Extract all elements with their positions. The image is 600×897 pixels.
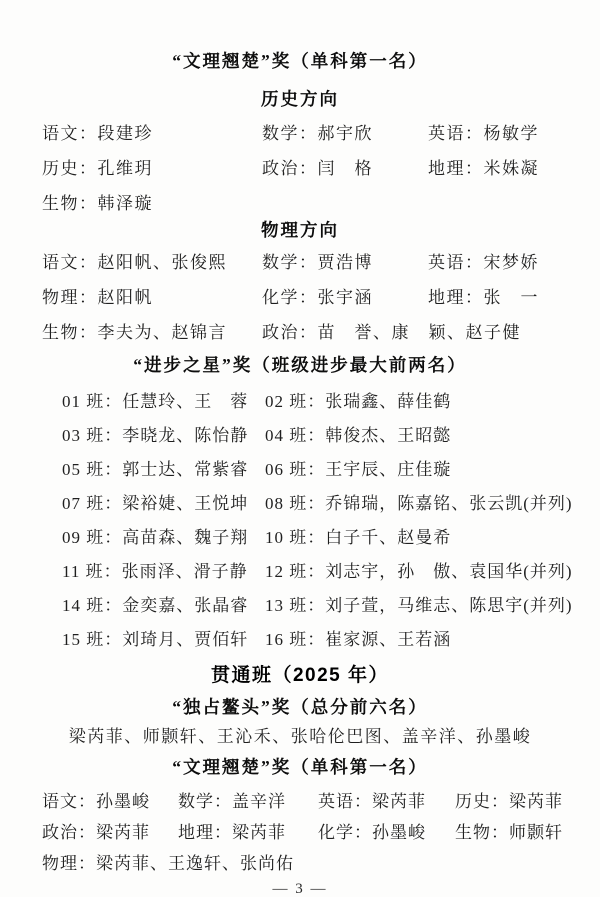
history-subject-rows: 语文：段建珍 数学：郝宇欣 英语：杨敏学 历史：孔维玥 政治：闫 格 地理：米姝… — [42, 114, 570, 219]
class-cell: 14 班：金奕嘉、张晶睿 — [62, 591, 265, 616]
class-cell: 08 班：乔锦瑞，陈嘉铭、张云凯(并列) — [265, 489, 573, 514]
subject-cell: 数学：盖辛洋 — [178, 787, 318, 812]
subject-cell: 生物：韩泽璇 — [42, 189, 262, 214]
physics-subject-rows: 语文：赵阳帆、张俊熙 数学：贾浩博 英语：宋梦娇 物理：赵阳帆 化学：张宇涵 地… — [42, 243, 570, 348]
top-six-names: 梁芮菲、师颢轩、王沁禾、张哈伦巴图、盖辛洋、孙墨峻 — [42, 726, 558, 748]
heading-physics-direction: 物理方向 — [42, 219, 558, 241]
class-row: 14 班：金奕嘉、张晶睿 13 班：刘子萱，马维志、陈思宇(并列) — [62, 586, 570, 620]
class-cell: 06 班：王宇辰、庄佳璇 — [265, 455, 570, 480]
class-row: 15 班：刘琦月、贾佰轩 16 班：崔家源、王若涵 — [62, 620, 570, 654]
class-cell: 15 班：刘琦月、贾佰轩 — [62, 625, 265, 650]
subject-row: 历史：孔维玥 政治：闫 格 地理：米姝凝 — [42, 149, 570, 184]
award-title-wenli-qiaochu-2: “文理翘楚”奖（单科第一名） — [42, 756, 558, 778]
guantong-subject-rows: 语文：孙墨峻 数学：盖辛洋 英语：梁芮菲 历史：梁芮菲 政治：梁芮菲 地理：梁芮… — [42, 784, 570, 877]
subject-row: 语文：孙墨峻 数学：盖辛洋 英语：梁芮菲 历史：梁芮菲 — [42, 784, 570, 815]
class-cell: 09 班：高苗森、魏子翔 — [62, 523, 265, 548]
class-row: 07 班：梁裕婕、王悦坤 08 班：乔锦瑞，陈嘉铭、张云凯(并列) — [62, 484, 570, 518]
subject-cell: 化学：孙墨峻 — [318, 818, 455, 843]
subject-cell: 生物：李夫为、赵锦言 — [42, 318, 262, 343]
heading-guantong-class: 贯通班（2025 年） — [42, 664, 558, 688]
subject-cell: 政治：梁芮菲 — [42, 818, 178, 843]
subject-cell: 物理：赵阳帆 — [42, 283, 262, 308]
subject-row: 物理：赵阳帆 化学：张宇涵 地理：张 一 — [42, 278, 570, 313]
subject-cell: 化学：张宇涵 — [262, 283, 428, 308]
class-cell: 02 班：张瑞鑫、薛佳鹤 — [265, 387, 570, 412]
subject-cell: 政治：苗 誉、康 颖、赵子健 — [262, 318, 428, 343]
subject-cell: 语文：赵阳帆、张俊熙 — [42, 248, 262, 273]
subject-cell: 英语：梁芮菲 — [318, 787, 455, 812]
subject-row: 语文：段建珍 数学：郝宇欣 英语：杨敏学 — [42, 114, 570, 149]
class-cell: 07 班：梁裕婕、王悦坤 — [62, 489, 265, 514]
subject-cell: 地理：米姝凝 — [428, 154, 570, 179]
subject-cell: 政治：闫 格 — [262, 154, 428, 179]
class-cell: 03 班：李晓龙、陈怡静 — [62, 421, 265, 446]
award-title-duzhan-aotou: “独占鳌头”奖（总分前六名） — [42, 696, 558, 718]
subject-cell: 地理：张 一 — [428, 283, 570, 308]
class-row: 09 班：高苗森、魏子翔 10 班：白子千、赵曼希 — [62, 518, 570, 552]
subject-cell: 英语：杨敏学 — [428, 119, 570, 144]
subject-cell: 历史：梁芮菲 — [455, 787, 570, 812]
subject-row: 生物：韩泽璇 — [42, 184, 570, 219]
award-title-wenli-qiaochu-1: “文理翘楚”奖（单科第一名） — [42, 50, 558, 72]
subject-cell: 语文：段建珍 — [42, 119, 262, 144]
class-cell: 05 班：郭士达、常紫睿 — [62, 455, 265, 480]
subject-row: 语文：赵阳帆、张俊熙 数学：贾浩博 英语：宋梦娇 — [42, 243, 570, 278]
subject-cell: 语文：孙墨峻 — [42, 787, 178, 812]
subject-row: 生物：李夫为、赵锦言 政治：苗 誉、康 颖、赵子健 — [42, 313, 570, 348]
award-title-jinbu-zhixing: “进步之星”奖（班级进步最大前两名） — [42, 354, 558, 376]
document-page: “文理翘楚”奖（单科第一名） 历史方向 语文：段建珍 数学：郝宇欣 英语：杨敏学… — [0, 0, 600, 897]
subject-row: 物理：梁芮菲、王逸轩、张尚佑 — [42, 846, 570, 877]
class-cell: 12 班：刘志宇，孙 傲、袁国华(并列) — [265, 557, 573, 582]
class-progress-rows: 01 班：任慧玲、王 蓉 02 班：张瑞鑫、薛佳鹤 03 班：李晓龙、陈怡静 0… — [42, 382, 570, 654]
subject-cell: 历史：孔维玥 — [42, 154, 262, 179]
class-row: 01 班：任慧玲、王 蓉 02 班：张瑞鑫、薛佳鹤 — [62, 382, 570, 416]
subject-cell: 数学：郝宇欣 — [262, 119, 428, 144]
subject-cell: 生物：师颢轩 — [455, 818, 570, 843]
subject-cell: 物理：梁芮菲、王逸轩、张尚佑 — [42, 849, 570, 874]
class-cell: 16 班：崔家源、王若涵 — [265, 625, 570, 650]
class-row: 03 班：李晓龙、陈怡静 04 班：韩俊杰、王昭懿 — [62, 416, 570, 450]
class-cell: 13 班：刘子萱，马维志、陈思宇(并列) — [265, 591, 573, 616]
heading-history-direction: 历史方向 — [42, 88, 558, 110]
class-row: 11 班：张雨泽、滑子静 12 班：刘志宇，孙 傲、袁国华(并列) — [62, 552, 570, 586]
subject-cell: 英语：宋梦娇 — [428, 248, 570, 273]
subject-cell: 数学：贾浩博 — [262, 248, 428, 273]
subject-row: 政治：梁芮菲 地理：梁芮菲 化学：孙墨峻 生物：师颢轩 — [42, 815, 570, 846]
page-number: — 3 — — [42, 881, 558, 897]
class-cell: 01 班：任慧玲、王 蓉 — [62, 387, 265, 412]
class-cell: 11 班：张雨泽、滑子静 — [62, 557, 265, 582]
subject-cell: 地理：梁芮菲 — [178, 818, 318, 843]
class-row: 05 班：郭士达、常紫睿 06 班：王宇辰、庄佳璇 — [62, 450, 570, 484]
class-cell: 04 班：韩俊杰、王昭懿 — [265, 421, 570, 446]
class-cell: 10 班：白子千、赵曼希 — [265, 523, 570, 548]
